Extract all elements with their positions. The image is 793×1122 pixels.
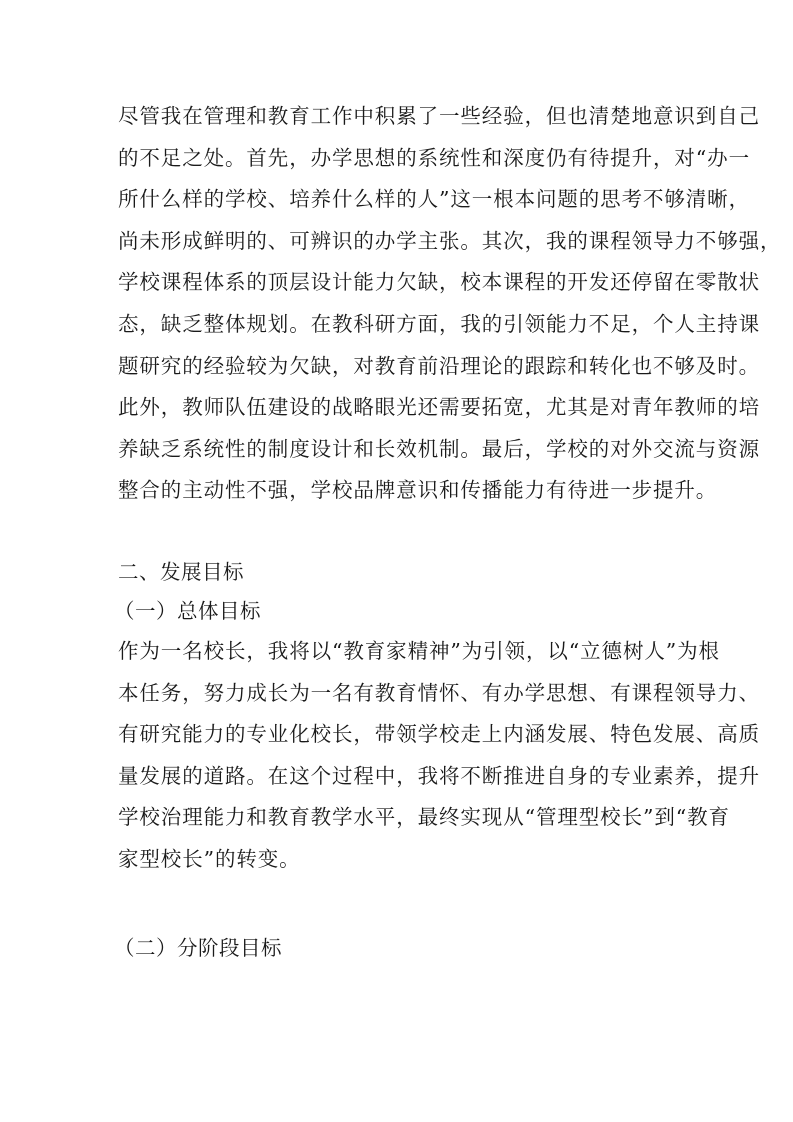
text-line: 所什么样的学校、培养什么样的人”这一根本问题的思考不够清晰， [118, 179, 678, 221]
text-line: 尚未形成鲜明的、可辨识的办学主张。其次，我的课程领导力不够强， [118, 221, 678, 263]
document-page: 尽管我在管理和教育工作中积累了一些经验，但也清楚地意识到自己 的不足之处。首先，… [118, 96, 678, 969]
paragraph-overall-goal: 作为一名校长，我将以“教育家精神”为引领，以“立德树人”为根 本任务，努力成长为… [118, 631, 678, 881]
text-line: 作为一名校长，我将以“教育家精神”为引领，以“立德树人”为根 [118, 631, 678, 673]
text-line: 题研究的经验较为欠缺，对教育前沿理论的跟踪和转化也不够及时。 [118, 346, 678, 388]
text-line: 养缺乏系统性的制度设计和长效机制。最后，学校的对外交流与资源 [118, 429, 678, 471]
text-line: 学校治理能力和教育教学水平，最终实现从“管理型校长”到“教育 [118, 797, 678, 839]
text-line: 量发展的道路。在这个过程中，我将不断推进自身的专业素养，提升 [118, 756, 678, 798]
spacer [118, 881, 678, 928]
text-line: 的不足之处。首先，办学思想的系统性和深度仍有待提升，对“办一 [118, 138, 678, 180]
text-line: 有研究能力的专业化校长，带领学校走上内涵发展、特色发展、高质 [118, 714, 678, 756]
text-line: 学校课程体系的顶层设计能力欠缺，校本课程的开发还停留在零散状 [118, 262, 678, 304]
subsection-heading-phased-goals: （二）分阶段目标 [114, 928, 678, 970]
text-line: 态，缺乏整体规划。在教科研方面，我的引领能力不足，个人主持课 [118, 304, 678, 346]
paragraph-shortcomings: 尽管我在管理和教育工作中积累了一些经验，但也清楚地意识到自己 的不足之处。首先，… [118, 96, 678, 512]
text-line: 此外，教师队伍建设的战略眼光还需要拓宽，尤其是对青年教师的培 [118, 387, 678, 429]
text-line: 整合的主动性不强，学校品牌意识和传播能力有待进一步提升。 [118, 470, 678, 512]
text-line: 家型校长”的转变。 [118, 839, 678, 881]
spacer [118, 512, 678, 553]
text-line: 尽管我在管理和教育工作中积累了一些经验，但也清楚地意识到自己 [118, 96, 678, 138]
text-line: 本任务，努力成长为一名有教育情怀、有办学思想、有课程领导力、 [118, 673, 678, 715]
subsection-heading-overall-goal: （一）总体目标 [114, 591, 678, 631]
section-heading-development-goals: 二、发展目标 [118, 553, 678, 591]
